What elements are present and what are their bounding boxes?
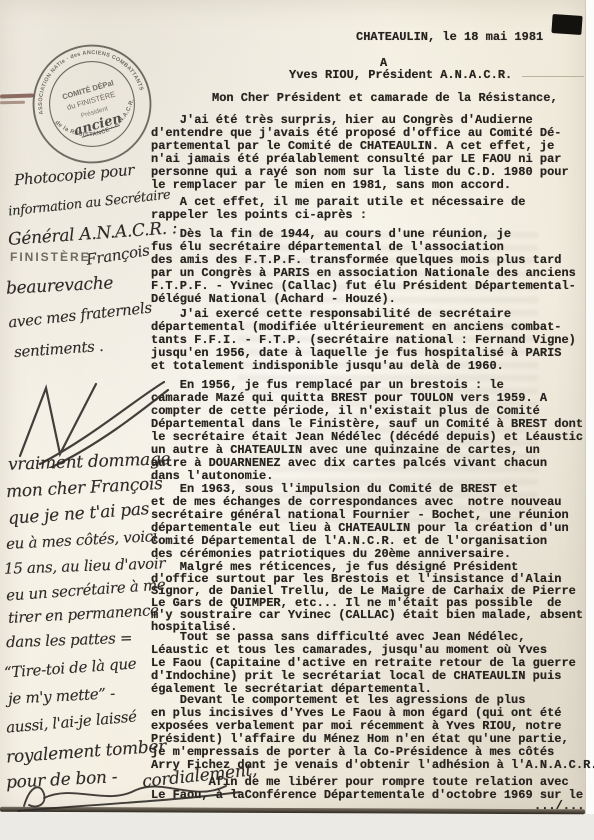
continuation-mark: .../...	[534, 800, 584, 813]
date-line: CHATEAULIN, le 18 mai 1981	[356, 31, 543, 44]
signature-scrawl-bottom	[14, 780, 244, 814]
paragraph-4: J'ai exercé cette responsabilité de secr…	[151, 308, 576, 373]
pencil-line	[522, 76, 584, 77]
paragraph-2: A cet effet, il me parait utile et néces…	[151, 196, 525, 222]
paragraph-6: En 1963, sous l'impulsion du Comité de B…	[151, 483, 569, 561]
salutation-line: Mon Cher Président et camarade de la Rés…	[212, 92, 558, 105]
finistere-stamp: FINISTÈRE	[10, 250, 91, 264]
paragraph-9: Devant le comportement et les agressions…	[151, 694, 594, 772]
corner-mark	[551, 14, 582, 35]
paragraph-1: J'ai été très surpris, hier au Congrès d…	[151, 114, 569, 192]
recipient-line: Yves RIOU, Président A.N.A.C.R.	[289, 69, 512, 82]
paragraph-7: Malgré mes réticences, je fus désigné Pr…	[151, 561, 583, 633]
red-ink-mark	[0, 101, 25, 104]
paragraph-5: En 1956, je fus remplacé par un brestois…	[151, 379, 583, 483]
scan-background-bottom	[0, 814, 594, 840]
paragraph-8: Tout se passa sans difficulté avec Jean …	[151, 631, 576, 696]
paragraph-3: Dès la fin de 1944, au cours d'une réuni…	[151, 228, 576, 306]
scanned-letter: ASSOCIATION NATle · des ANCIENS COMBATTA…	[0, 0, 594, 840]
